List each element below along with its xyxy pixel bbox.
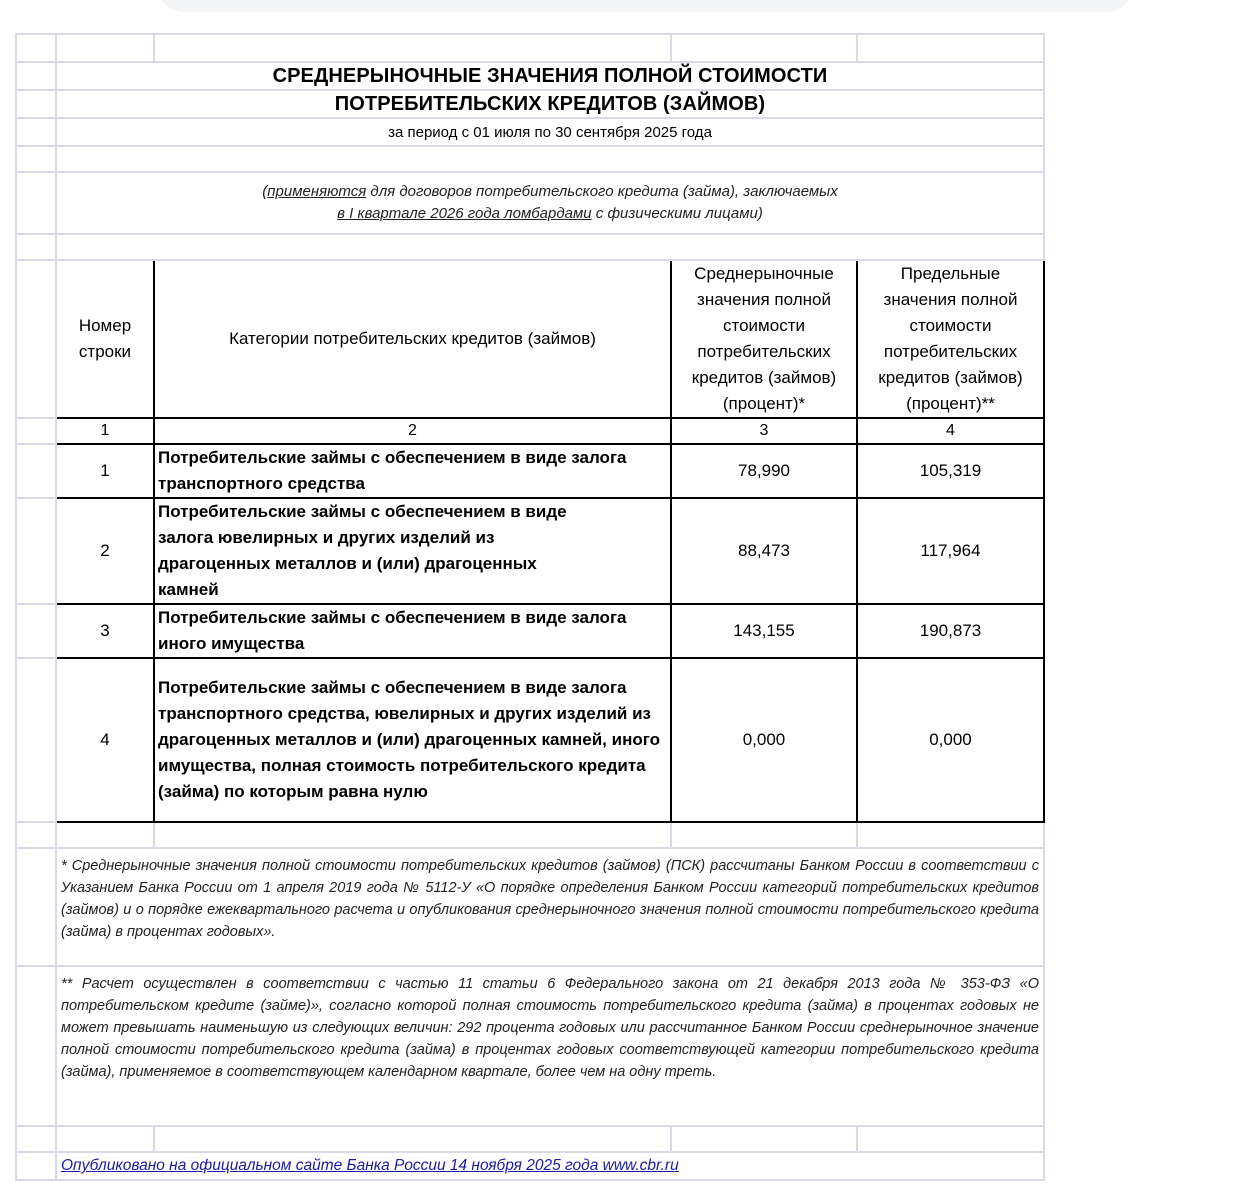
grid-cell[interactable] [56, 822, 154, 848]
row-average-value: 143,155 [671, 604, 857, 658]
header-limit-psk: Предельные значения полной стоимости пот… [857, 260, 1044, 418]
grid-cell[interactable] [16, 118, 56, 146]
header-row-number: Номер строки [56, 260, 154, 418]
grid-cell[interactable] [16, 658, 56, 822]
grid-cell[interactable] [857, 34, 1044, 62]
grid-cell[interactable] [16, 62, 56, 90]
row-category: Потребительские займы с обеспечением в в… [154, 444, 671, 498]
grid-cell[interactable] [671, 34, 857, 62]
row-number: 1 [56, 444, 154, 498]
table-header-row: Номер строки Категории потребительских к… [16, 260, 1044, 418]
grid-cell[interactable] [56, 1126, 154, 1152]
grid-cell[interactable] [16, 1152, 56, 1180]
grid-cell[interactable] [56, 234, 1044, 260]
period-subtitle: за период с 01 июля по 30 сентября 2025 … [56, 118, 1044, 146]
grid-cell[interactable] [16, 966, 56, 1126]
column-number: 4 [857, 418, 1044, 444]
row-number: 3 [56, 604, 154, 658]
column-number: 1 [56, 418, 154, 444]
row-category: Потребительские займы с обеспечением в в… [154, 498, 671, 604]
row-number: 2 [56, 498, 154, 604]
column-numbers-row: 1 2 3 4 [16, 418, 1044, 444]
table-row: 3 Потребительские займы с обеспечением в… [16, 604, 1044, 658]
published-link[interactable]: Опубликовано на официальном сайте Банка … [56, 1152, 1044, 1180]
note-applied-word: применяются [267, 183, 366, 200]
grid-cell[interactable] [16, 444, 56, 498]
row-number: 4 [56, 658, 154, 822]
grid-cell[interactable] [16, 848, 56, 966]
grid-cell[interactable] [671, 1126, 857, 1152]
row-average-value: 0,000 [671, 658, 857, 822]
grid-cell[interactable] [16, 418, 56, 444]
row-limit-value: 117,964 [857, 498, 1044, 604]
header-average-psk: Среднерыночные значения полной стоимости… [671, 260, 857, 418]
row-limit-value: 190,873 [857, 604, 1044, 658]
top-browser-bar [155, 0, 1135, 12]
grid-cell[interactable] [16, 34, 56, 62]
grid-cell[interactable] [16, 146, 56, 172]
empty-row [16, 34, 1044, 62]
note-line1: для договоров потребительского кредита (… [366, 183, 837, 200]
grid-cell[interactable] [56, 34, 154, 62]
grid-cell[interactable] [16, 260, 56, 418]
grid-cell[interactable] [16, 604, 56, 658]
grid-cell[interactable] [56, 146, 1044, 172]
grid-cell[interactable] [16, 90, 56, 118]
grid-cell[interactable] [16, 1126, 56, 1152]
row-category: Потребительские займы с обеспечением в в… [154, 658, 671, 822]
row-average-value: 78,990 [671, 444, 857, 498]
footnote-double-star: ** Расчет осуществлен в соответствии с ч… [56, 966, 1044, 1126]
grid-cell[interactable] [16, 822, 56, 848]
table-row: 4 Потребительские займы с обеспечением в… [16, 658, 1044, 822]
row-limit-value: 0,000 [857, 658, 1044, 822]
title-line-2: ПОТРЕБИТЕЛЬСКИХ КРЕДИТОВ (ЗАЙМОВ) [56, 90, 1044, 118]
grid-cell[interactable] [857, 822, 1044, 848]
row-limit-value: 105,319 [857, 444, 1044, 498]
grid-cell[interactable] [857, 1126, 1044, 1152]
grid-cell[interactable] [16, 498, 56, 604]
column-number: 2 [154, 418, 671, 444]
grid-cell[interactable] [154, 34, 671, 62]
column-number: 3 [671, 418, 857, 444]
applicability-note: (применяются для договоров потребительск… [56, 172, 1044, 234]
grid-cell[interactable] [671, 822, 857, 848]
row-average-value: 88,473 [671, 498, 857, 604]
spreadsheet: СРЕДНЕРЫНОЧНЫЕ ЗНАЧЕНИЯ ПОЛНОЙ СТОИМОСТИ… [15, 33, 1043, 1181]
grid-cell[interactable] [16, 234, 56, 260]
footnote-single-star: * Среднерыночные значения полной стоимос… [56, 848, 1044, 966]
note-quarter: в I квартале 2026 года ломбардами [337, 205, 591, 222]
grid-cell[interactable] [154, 1126, 671, 1152]
grid-cell[interactable] [16, 172, 56, 234]
header-category: Категории потребительских кредитов (займ… [154, 260, 671, 418]
row-category: Потребительские займы с обеспечением в в… [154, 604, 671, 658]
note-line2: с физическими лицами) [592, 205, 763, 222]
title-line-1: СРЕДНЕРЫНОЧНЫЕ ЗНАЧЕНИЯ ПОЛНОЙ СТОИМОСТИ [56, 62, 1044, 90]
grid-cell[interactable] [154, 822, 671, 848]
table-row: 2 Потребительские займы с обеспечением в… [16, 498, 1044, 604]
spreadsheet-grid: СРЕДНЕРЫНОЧНЫЕ ЗНАЧЕНИЯ ПОЛНОЙ СТОИМОСТИ… [15, 33, 1045, 1181]
table-row: 1 Потребительские займы с обеспечением в… [16, 444, 1044, 498]
